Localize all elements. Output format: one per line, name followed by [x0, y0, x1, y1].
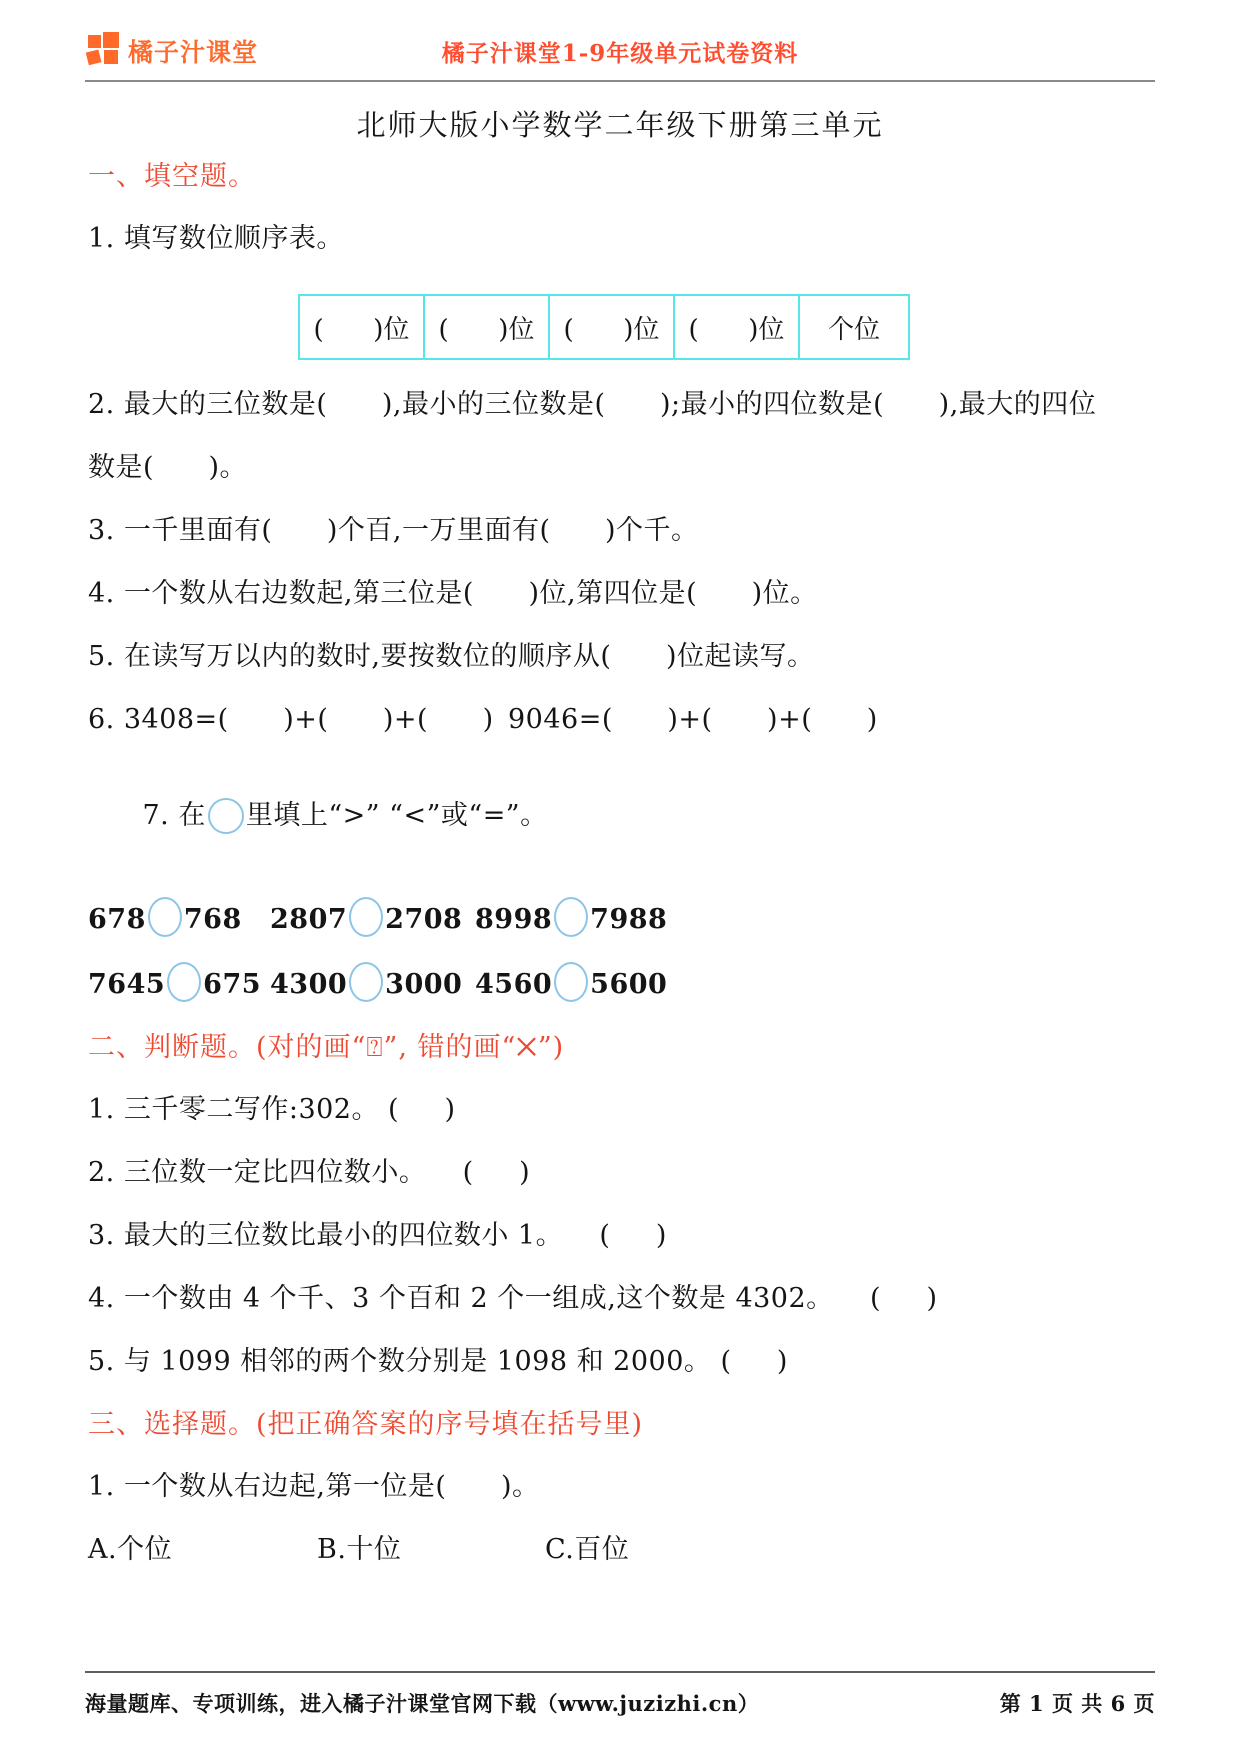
choice-option-c: C.百位 — [545, 1535, 1160, 1565]
fill-q6: 6. 3408=( )+( )+( ) 9046=( )+( )+( ) — [88, 705, 1160, 735]
fill-q7: 7. 在里填上“>” “<”或“=”。 — [88, 768, 1160, 864]
comparison-item: 89987988 — [475, 897, 1160, 937]
table-cell: ( )位 — [548, 294, 675, 360]
circle-icon — [208, 798, 244, 834]
header-divider — [85, 80, 1155, 82]
circle-icon — [167, 962, 201, 1002]
judge-q5: 5. 与 1099 相邻的两个数分别是 1098 和 2000。 ( ) — [88, 1347, 1160, 1377]
choice-q1: 1. 一个数从右边起,第一位是( )。 — [88, 1472, 1160, 1502]
comparison-row: 7645675 43003000 45605600 — [88, 962, 1160, 1002]
page-number: 第 1 页 共 6 页 — [1000, 1688, 1155, 1718]
fill-q3: 3. 一千里面有( )个百,一万里面有( )个千。 — [88, 516, 1160, 546]
comparison-item: 43003000 — [270, 962, 475, 1002]
footer-promo-text: 海量题库、专项训练，进入橘子汁课堂官网下载（www.juzizhi.cn） — [85, 1688, 759, 1718]
comparison-item: 678768 — [88, 897, 270, 937]
comparison-row: 678768 28072708 89987988 — [88, 897, 1160, 937]
choice-options: A.个位 B.十位 C.百位 — [88, 1535, 1160, 1565]
fill-q1: 1. 填写数位顺序表。 — [88, 224, 1160, 254]
table-cell: ( )位 — [423, 294, 550, 360]
choice-option-a: A.个位 — [88, 1535, 317, 1565]
judge-q3: 3. 最大的三位数比最小的四位数小 1。 ( ) — [88, 1221, 1160, 1251]
fill-q4: 4. 一个数从右边数起,第三位是( )位,第四位是( )位。 — [88, 579, 1160, 609]
comparison-item: 45605600 — [475, 962, 1160, 1002]
fill-q2-line2: 数是( )。 — [88, 453, 1160, 483]
circle-icon — [554, 897, 588, 937]
circle-icon — [349, 897, 383, 937]
fill-q7-text-after: 里填上“>” “<”或“=”。 — [246, 800, 548, 831]
choice-option-b: B.十位 — [317, 1535, 545, 1565]
table-cell: 个位 — [798, 294, 910, 360]
comparison-item: 28072708 — [270, 897, 475, 937]
fill-q5: 5. 在读写万以内的数时,要按数位的顺序从( )位起读写。 — [88, 642, 1160, 672]
place-value-table: ( )位 ( )位 ( )位 ( )位 个位 — [298, 294, 1160, 360]
comparison-item: 7645675 — [88, 962, 270, 1002]
circle-icon — [148, 897, 182, 937]
judge-q1: 1. 三千零二写作:302。 ( ) — [88, 1095, 1160, 1125]
circle-icon — [349, 962, 383, 1002]
page-header: 橘子汁课堂1-9年级单元试卷资料 橘子汁课堂 — [85, 30, 1155, 72]
judge-q2: 2. 三位数一定比四位数小。 ( ) — [88, 1158, 1160, 1188]
fill-q2-line1: 2. 最大的三位数是( ),最小的三位数是( );最小的四位数是( ),最大的四… — [88, 390, 1160, 420]
page-title: 北师大版小学数学二年级下册第三单元 — [0, 103, 1240, 144]
table-cell: ( )位 — [298, 294, 425, 360]
table-cell: ( )位 — [673, 294, 800, 360]
fill-q6-left: 6. 3408=( )+( )+( ) — [88, 705, 508, 735]
section-judge-heading: 二、判断题。(对的画“⍰”, 错的画“✕”) — [88, 1033, 1160, 1063]
doc-title: 橘子汁课堂1-9年级单元试卷资料 — [85, 35, 1155, 68]
fill-q6-right: 9046=( )+( )+( ) — [508, 705, 1160, 735]
section-choice-heading: 三、选择题。(把正确答案的序号填在括号里) — [88, 1410, 1160, 1440]
worksheet-content: 一、填空题。 1. 填写数位顺序表。 ( )位 ( )位 ( )位 ( )位 个… — [88, 162, 1160, 1598]
worksheet-page: 橘子汁课堂1-9年级单元试卷资料 橘子汁课堂 北师大版小学数学二年级下册第三单元… — [0, 0, 1240, 1754]
circle-icon — [554, 962, 588, 1002]
judge-q4: 4. 一个数由 4 个千、3 个百和 2 个一组成,这个数是 4302。 ( ) — [88, 1284, 1160, 1314]
section-fill-heading: 一、填空题。 — [88, 162, 1160, 192]
page-footer: 海量题库、专项训练，进入橘子汁课堂官网下载（www.juzizhi.cn） 第 … — [85, 1671, 1155, 1718]
fill-q7-text-before: 7. 在 — [143, 800, 206, 831]
